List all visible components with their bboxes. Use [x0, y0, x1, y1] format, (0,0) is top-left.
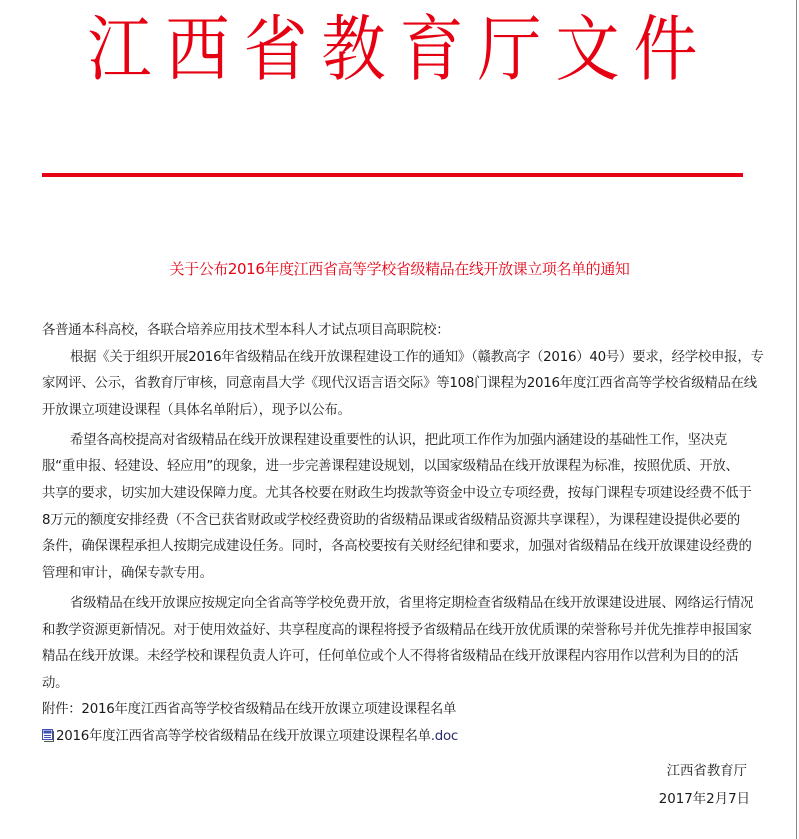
notice-body: 各普通本科高校，各联合培养应用技术型本科人才试点项目高职院校： 根据《关于组织开…: [42, 318, 762, 751]
paragraph-line: 希望各高校提高对省级精品在线开放课程建设重要性的认识，把此项工作作为加强内涵建设…: [42, 428, 762, 455]
paragraph-line: 精品在线开放课。未经学校和课程负责人许可，任何单位或个人不得将省级精品在线开放课…: [42, 644, 762, 671]
paragraph-line: 服“重申报、轻建设、轻应用”的现象，进一步完善课程建设规划，以国家级精品在线开放…: [42, 454, 762, 481]
paragraph-line: 共享的要求，切实加大建设保障力度。尤其各校要在财政生均拨款等资金中设立专项经费，…: [42, 481, 762, 508]
word-doc-icon[interactable]: [42, 729, 55, 742]
paragraph-1: 根据《关于组织开展2016年省级精品在线开放课程建设工作的通知》（赣教高字（20…: [42, 345, 762, 425]
paragraph-line: 条件，确保课程承担人按期完成建设任务。同时，各高校要按有关财经纪律和要求，加强对…: [42, 534, 762, 561]
attachment-file-name: 2016年度江西省高等学校省级精品在线开放课立项建设课程名单: [56, 729, 431, 744]
signature-date: 2017年2月7日: [600, 786, 750, 814]
signature-organization: 江西省教育厅: [600, 758, 750, 786]
paragraph-line: 家网评、公示，省教育厅审核，同意南昌大学《现代汉语言语交际》等108门课程为20…: [42, 371, 762, 398]
attachment-file-extension: .doc: [431, 729, 458, 744]
paragraph-line: 根据《关于组织开展2016年省级精品在线开放课程建设工作的通知》（赣教高字（20…: [42, 345, 762, 372]
document-header-title: 江西省教育厅文件: [0, 8, 799, 93]
paragraph-2: 希望各高校提高对省级精品在线开放课程建设重要性的认识，把此项工作作为加强内涵建设…: [42, 428, 762, 588]
paragraph-3: 省级精品在线开放课应按规定向全省高等学校免费开放，省里将定期检查省级精品在线开放…: [42, 591, 762, 697]
signature-block: 江西省教育厅 2017年2月7日: [600, 758, 750, 814]
paragraph-line: 动。: [42, 671, 762, 698]
paragraph-line: 管理和审计，确保专款专用。: [42, 561, 762, 588]
attachment-label: 附件：2016年度江西省高等学校省级精品在线开放课立项建设课程名单: [42, 697, 762, 724]
page-border: [796, 0, 797, 839]
notice-title: 关于公布2016年度江西省高等学校省级精品在线开放课立项名单的通知: [0, 257, 799, 281]
paragraph-line: 省级精品在线开放课应按规定向全省高等学校免费开放，省里将定期检查省级精品在线开放…: [42, 591, 762, 618]
attachment-file-row[interactable]: 2016年度江西省高等学校省级精品在线开放课立项建设课程名单.doc: [42, 724, 762, 751]
paragraph-line: 8万元的额度安排经费（不含已获省财政或学校经费资助的省级精品课或省级精品资源共享…: [42, 508, 762, 535]
salutation: 各普通本科高校，各联合培养应用技术型本科人才试点项目高职院校：: [42, 318, 762, 345]
header-divider: [42, 173, 743, 177]
paragraph-line: 开放课立项建设课程（具体名单附后），现予以公布。: [42, 398, 762, 425]
attachment-file-link[interactable]: 2016年度江西省高等学校省级精品在线开放课立项建设课程名单.doc: [56, 724, 458, 751]
paragraph-line: 和教学资源更新情况。对于使用效益好、共享程度高的课程将授予省级精品在线开放优质课…: [42, 618, 762, 645]
